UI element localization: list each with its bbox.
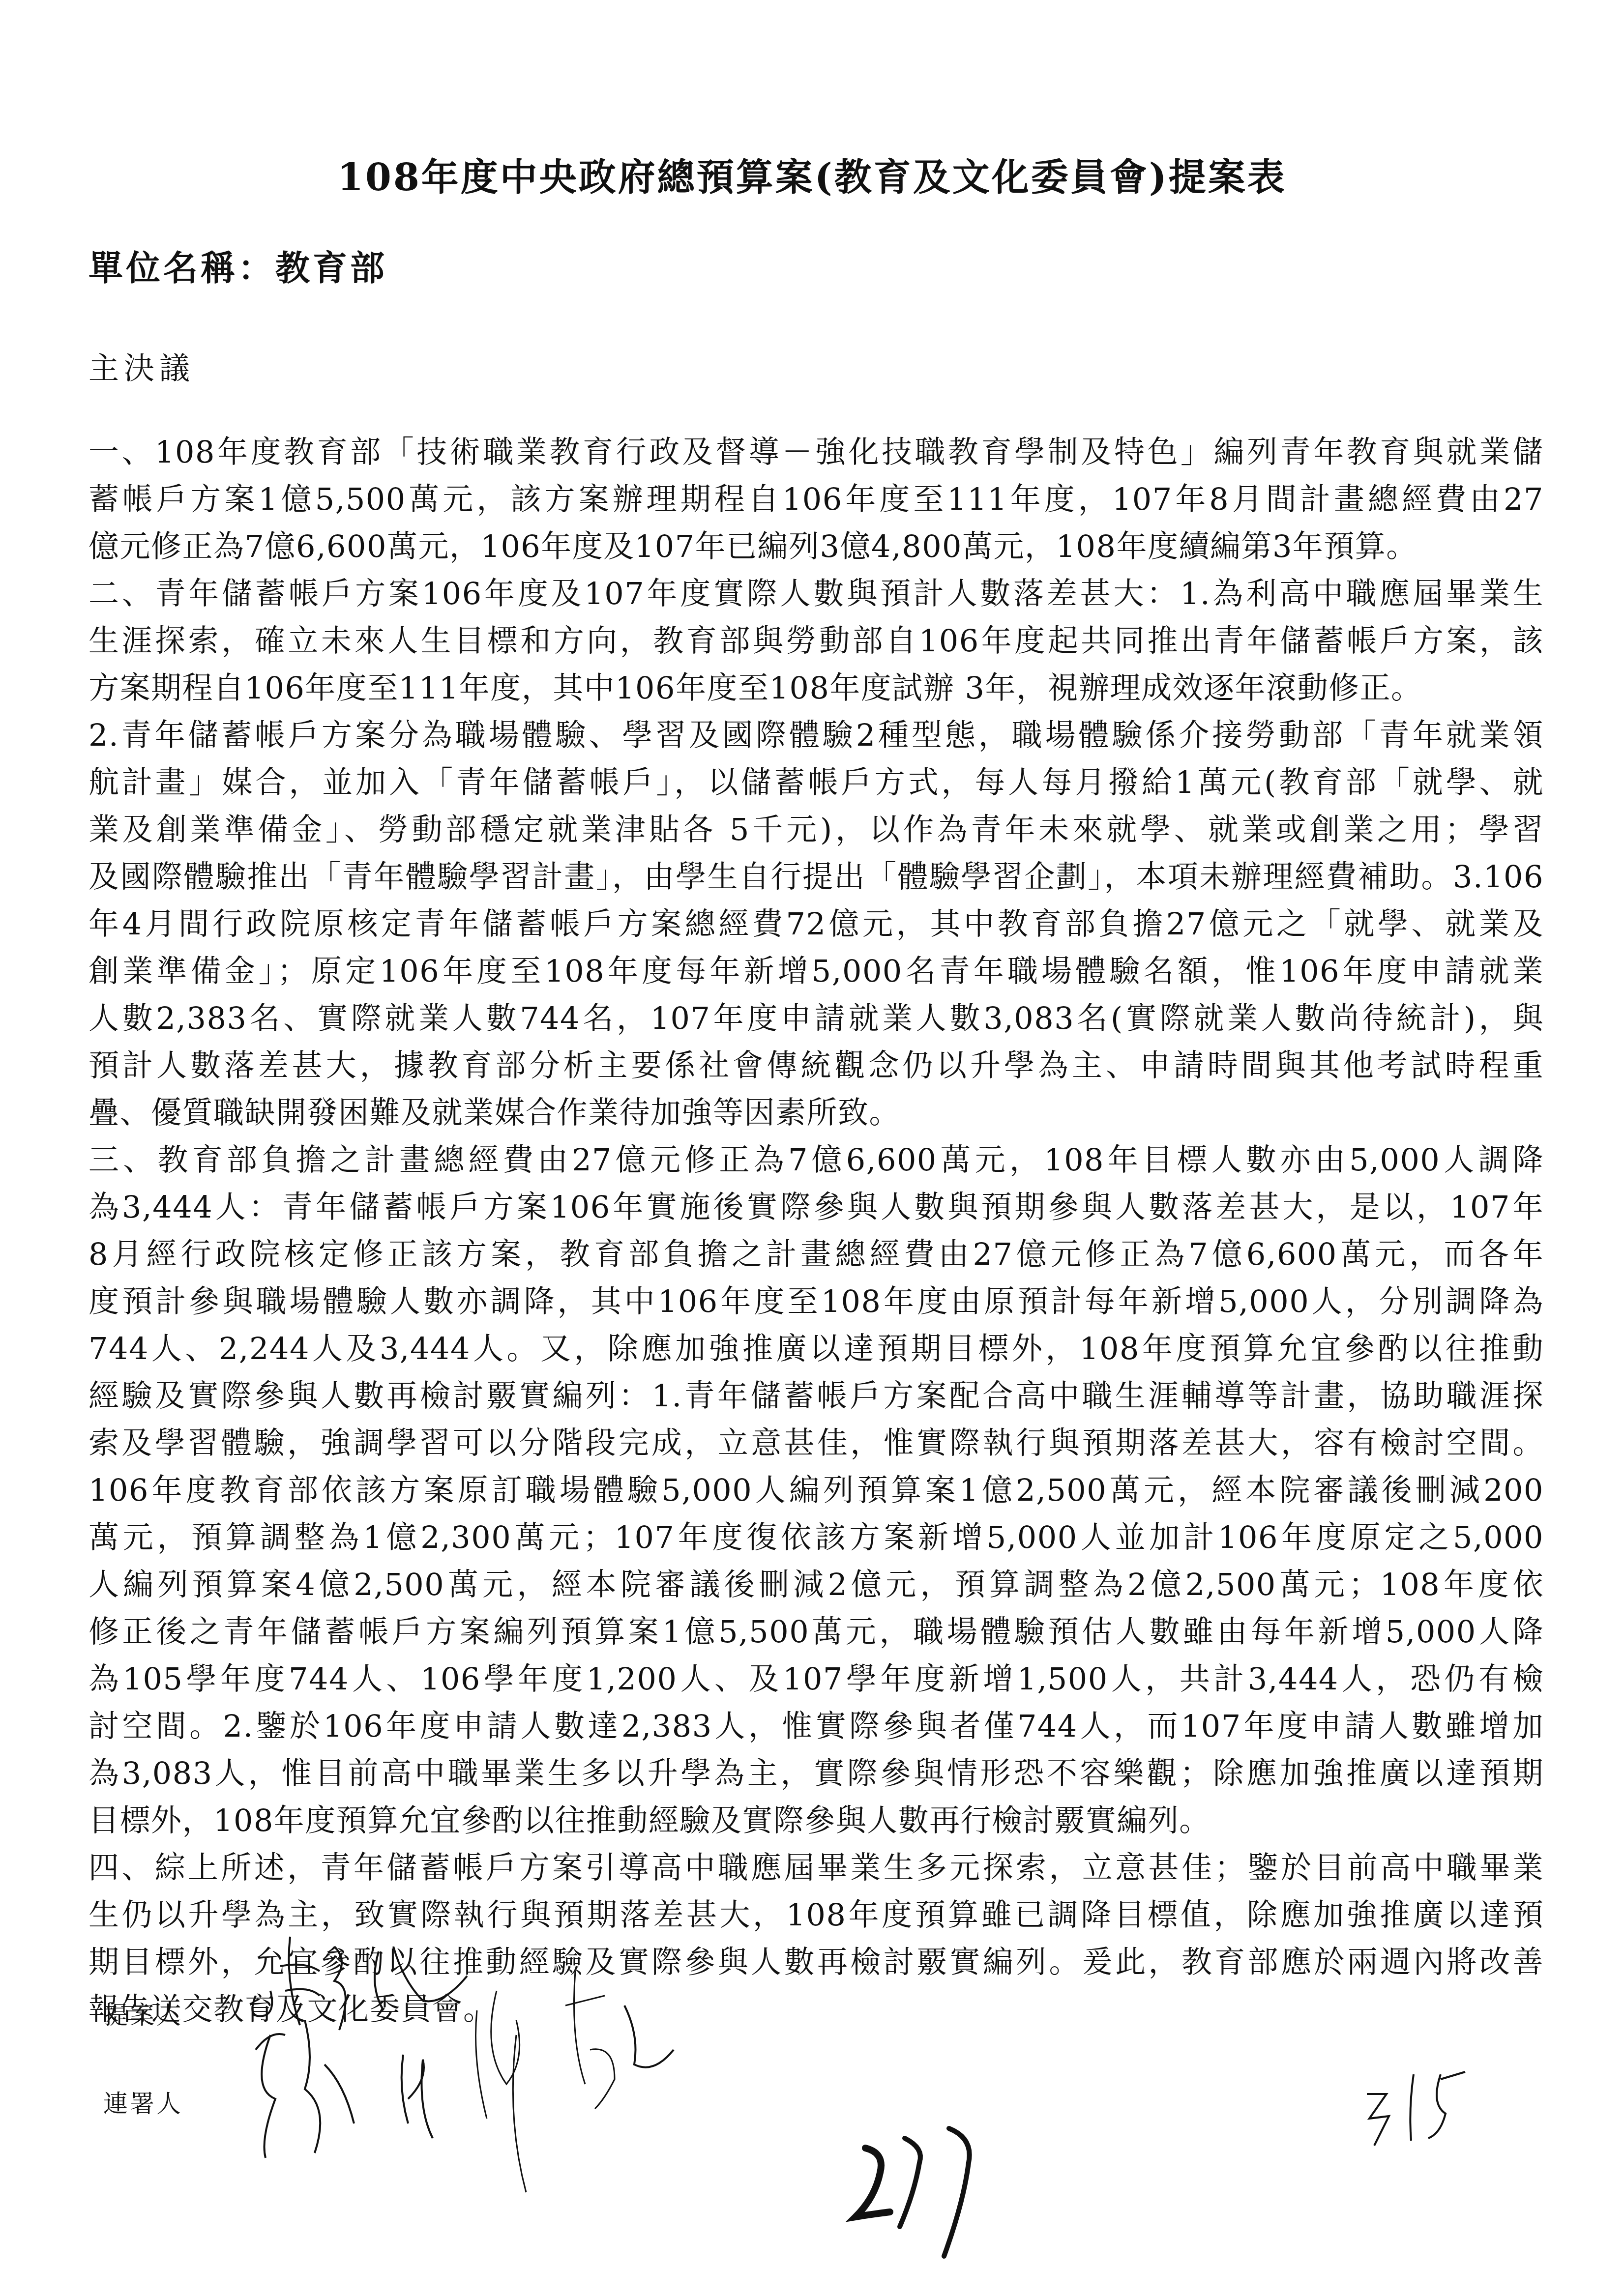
resolution-line: 年4月間行政院原核定青年儲蓄帳戶方案總經費72億元，其中教育部負擔27億元之「就…	[89, 901, 1544, 948]
resolution-line: 8月經行政院核定修正該方案，教育部負擔之計畫總經費由27億元修正為7億6,600…	[89, 1231, 1544, 1278]
resolution-line: 疊、優質職缺開發困難及就業媒合作業待加強等因素所致。	[89, 1089, 1544, 1136]
resolution-line: 方案期程自106年度至111年度，其中106年度至108年度試辦 3年，視辦理成…	[89, 665, 1544, 712]
resolution-line: 為3,444人：青年儲蓄帳戶方案106年實施後實際參與人數與預期參與人數落差甚大…	[89, 1184, 1544, 1231]
resolution-line: 度預計參與職場體驗人數亦調降，其中106年度至108年度由原預計每年新增5,00…	[89, 1278, 1544, 1325]
resolution-line: 及國際體驗推出「青年體驗學習計畫」，由學生自行提出「體驗學習企劃」，本項未辦理經…	[89, 853, 1544, 901]
resolution-line: 2.青年儲蓄帳戶方案分為職場體驗、學習及國際體驗2種型態，職場體驗係介接勞動部「…	[89, 712, 1544, 759]
handwritten-number-315	[1362, 2064, 1480, 2163]
page-title: 108年度中央政府總預算案(教育及文化委員會)提案表	[0, 147, 1624, 201]
resolution-line: 744人、2,244人及3,444人。又，除應加強推廣以達預期目標外，108年度…	[89, 1325, 1544, 1372]
resolution-line: 為105學年度744人、106學年度1,200人、及107學年度新增1,500人…	[89, 1656, 1544, 1703]
resolution-line: 生涯探索，確立未來人生目標和方向，教育部與勞動部自106年度起共同推出青年儲蓄帳…	[89, 617, 1544, 665]
proposer-label: 提案人	[103, 1996, 183, 2031]
resolution-line: 人數2,383名、實際就業人數744名，107年度申請就業人數3,083名(實際…	[89, 995, 1544, 1042]
handwritten-number-277	[846, 2119, 1013, 2266]
resolution-body: 一、108年度教育部「技術職業教育行政及督導－強化技職教育學制及特色」編列青年教…	[89, 429, 1544, 2033]
cosigner-label: 連署人	[103, 2084, 183, 2120]
resolution-line: 人編列預算案4億2,500萬元，經本院審議後刪減2億元，預算調整為2億2,500…	[89, 1561, 1544, 1608]
resolution-line: 業及創業準備金」、勞動部穩定就業津貼各 5千元)，以作為青年未來就學、就業或創業…	[89, 806, 1544, 853]
resolution-line: 討空間。2.鑒於106年度申請人數達2,383人，惟實際參與者僅744人，而10…	[89, 1703, 1544, 1750]
resolution-line: 索及學習體驗，強調學習可以分階段完成，立意甚佳，惟實際執行與預期落差甚大，容有檢…	[89, 1420, 1544, 1467]
resolution-line: 目標外，108年度預算允宜參酌以往推動經驗及實際參與人數再行檢討覈實編列。	[89, 1797, 1544, 1844]
resolution-line: 預計人數落差甚大，據教育部分析主要係社會傳統觀念仍以升學為主、申請時間與其他考試…	[89, 1042, 1544, 1089]
resolution-line: 蓄帳戶方案1億5,500萬元，該方案辦理期程自106年度至111年度，107年8…	[89, 476, 1544, 523]
resolution-line: 二、青年儲蓄帳戶方案106年度及107年度實際人數與預計人數落差甚大：1.為利高…	[89, 570, 1544, 617]
resolution-line: 三、教育部負擔之計畫總經費由27億元修正為7億6,600萬元，108年目標人數亦…	[89, 1136, 1544, 1184]
unit-name: 單位名稱：教育部	[89, 241, 387, 291]
resolution-line: 創業準備金」；原定106年度至108年度每年新增5,000名青年職場體驗名額，惟…	[89, 948, 1544, 995]
resolution-line: 一、108年度教育部「技術職業教育行政及督導－強化技職教育學制及特色」編列青年教…	[89, 429, 1544, 476]
section-heading: 主決議	[89, 344, 195, 388]
resolution-line: 為3,083人，惟目前高中職畢業生多以升學為主，實際參與情形恐不容樂觀；除應加強…	[89, 1750, 1544, 1797]
resolution-line: 四、綜上所述，青年儲蓄帳戶方案引導高中職應屆畢業生多元探索，立意甚佳；鑒於目前高…	[89, 1844, 1544, 1891]
resolution-line: 萬元，預算調整為1億2,300萬元；107年度復依該方案新增5,000人並加計1…	[89, 1514, 1544, 1561]
resolution-line: 億元修正為7億6,600萬元，106年度及107年已編列3億4,800萬元，10…	[89, 523, 1544, 570]
resolution-line: 經驗及實際參與人數再檢討覈實編列：1.青年儲蓄帳戶方案配合高中職生涯輔導等計畫，…	[89, 1372, 1544, 1420]
resolution-line: 航計畫」媒合，並加入「青年儲蓄帳戶」，以儲蓄帳戶方式，每人每月撥給1萬元(教育部…	[89, 759, 1544, 806]
resolution-line: 修正後之青年儲蓄帳戶方案編列預算案1億5,500萬元，職場體驗預估人數雖由每年新…	[89, 1608, 1544, 1656]
resolution-line: 106年度教育部依該方案原訂職場體驗5,000人編列預算案1億2,500萬元，經…	[89, 1467, 1544, 1514]
